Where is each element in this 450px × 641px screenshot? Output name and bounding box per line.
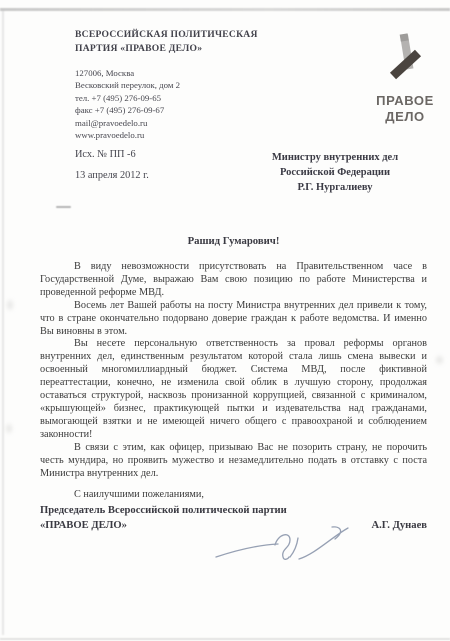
contact-phone: тел. +7 (495) 276-09-65: [75, 92, 275, 104]
signer-title-line1: Председатель Всероссийской политической …: [40, 503, 427, 518]
scan-artifact: [7, 300, 13, 310]
addressee-name: Р.Г. Нургалиеву: [253, 180, 417, 195]
outgoing-number: Исх. № ПП -6: [75, 149, 149, 160]
paragraph-4: В связи с этим, как офицер, призываю Вас…: [40, 442, 427, 481]
scanned-letter-page: ВСЕРОССИЙСКАЯ ПОЛИТИЧЕСКАЯ ПАРТИЯ «ПРАВО…: [0, 0, 450, 641]
logo-text-line1: ПРАВОЕ: [374, 93, 436, 109]
letterhead-org-name: ВСЕРОССИЙСКАЯ ПОЛИТИЧЕСКАЯ ПАРТИЯ «ПРАВО…: [75, 28, 295, 55]
scan-artifact: [436, 356, 443, 364]
letter-body: В виду невозможности присутствовать на П…: [40, 261, 427, 502]
addressee-block: Министру внутренних дел Российской Федер…: [253, 150, 417, 195]
signer-title-line2: «ПРАВОЕ ДЕЛО»: [40, 518, 127, 533]
scan-edge-bottom: [0, 638, 450, 640]
handwritten-signature: [212, 520, 362, 572]
scan-artifact-dash: [56, 206, 71, 208]
contact-fax: факс +7 (495) 276-09-67: [75, 104, 275, 116]
letterhead-contact-block: 127006, Москва Весковский переулок, дом …: [75, 67, 275, 141]
reference-block: Исх. № ПП -6 13 апреля 2012 г.: [75, 149, 149, 191]
logo-text-line2: ДЕЛО: [374, 109, 436, 125]
closing-phrase: С наилучшими пожеланиями,: [40, 489, 427, 502]
scan-artifact: [6, 424, 12, 433]
letter-date: 13 апреля 2012 г.: [75, 170, 149, 181]
contact-website: www.pravoedelo.ru: [75, 129, 275, 141]
paragraph-3: Вы несете персональную ответственность з…: [40, 338, 427, 441]
contact-email: mail@pravoedelo.ru: [75, 117, 275, 129]
paragraph-2: Восемь лет Вашей работы на посту Министр…: [40, 300, 427, 339]
scan-edge-top: [0, 8, 450, 11]
addressee-position: Министру внутренних дел: [253, 150, 417, 165]
org-name-line1: ВСЕРОССИЙСКАЯ ПОЛИТИЧЕСКАЯ: [75, 28, 295, 42]
party-logo-chevron-icon: [388, 29, 428, 81]
contact-postal-city: 127006, Москва: [75, 67, 275, 79]
party-logo: ПРАВОЕ ДЕЛО: [374, 29, 436, 124]
addressee-org: Российской Федерации: [253, 165, 417, 180]
scan-edge-left: [2, 10, 4, 635]
signer-name: А.Г. Дунаев: [371, 518, 427, 533]
org-name-line2: ПАРТИЯ «ПРАВОЕ ДЕЛО»: [75, 42, 295, 56]
salutation: Рашид Гумарович!: [40, 235, 427, 247]
party-logo-text: ПРАВОЕ ДЕЛО: [374, 93, 436, 124]
contact-street: Весковский переулок, дом 2: [75, 79, 275, 91]
paragraph-1: В виду невозможности присутствовать на П…: [40, 261, 427, 300]
